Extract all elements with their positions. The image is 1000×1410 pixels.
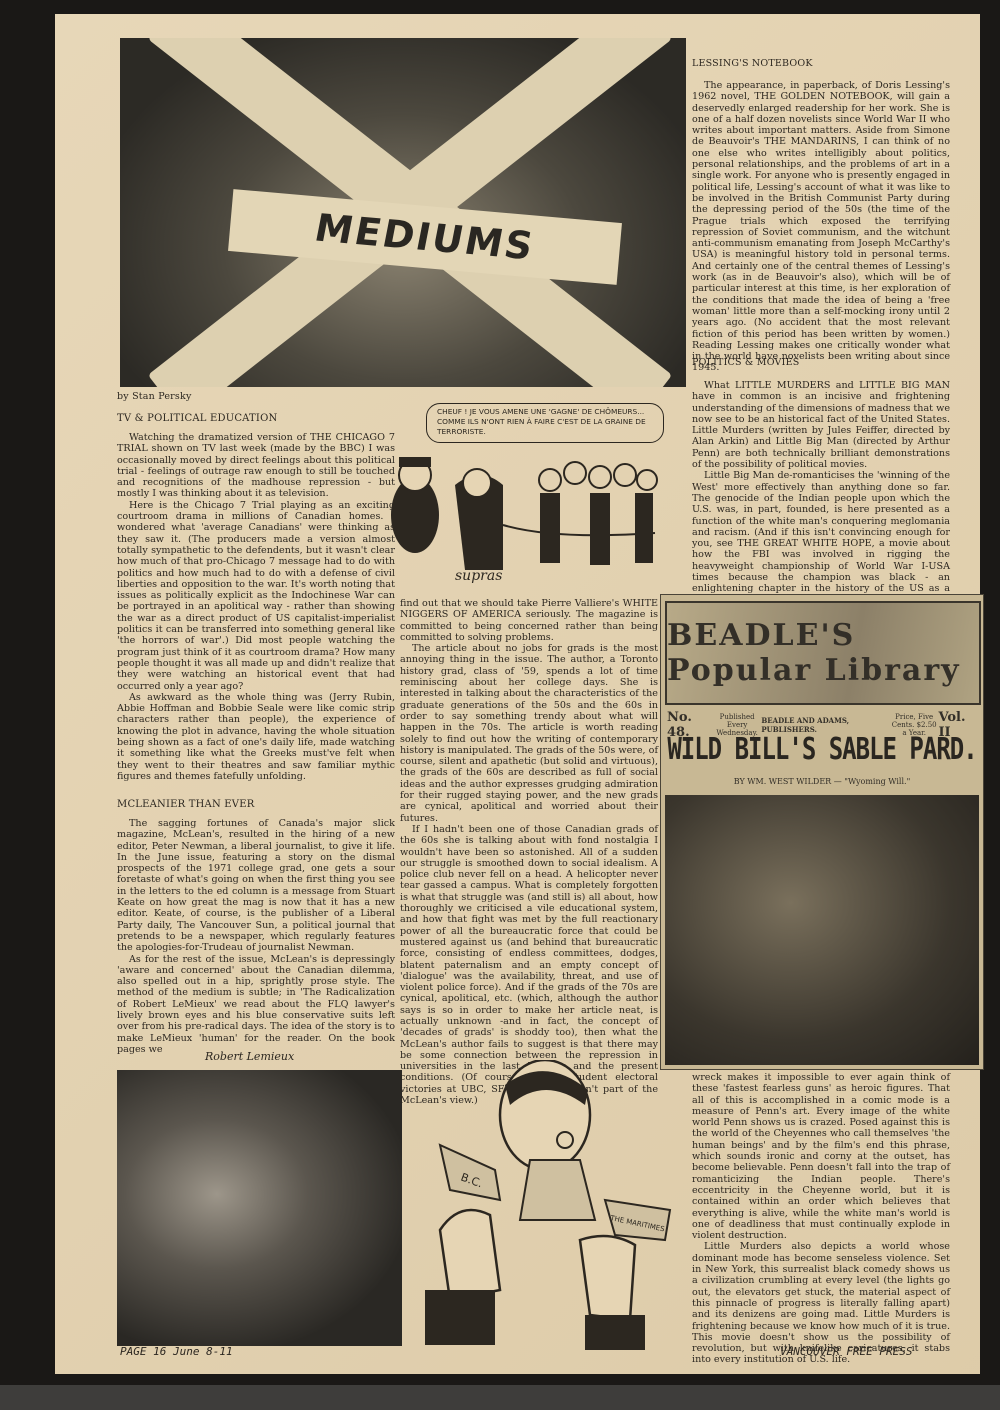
beadles-masthead: BEADLE'S Popular Library <box>665 601 981 705</box>
robert-lemieux-photo <box>117 1070 402 1346</box>
article-mcleanier-continued: find out that we should take Pierre Vall… <box>400 598 658 1106</box>
paragraph: As for the rest of the issue, McLean's i… <box>117 954 395 1056</box>
paragraph: Watching the dramatized version of THE C… <box>117 432 395 500</box>
beadles-story-title: WILD BILL'S SABLE PARD. <box>667 732 977 767</box>
page-footer-left: PAGE 16 June 8-11 <box>120 1345 233 1358</box>
paragraph: find out that we should take Pierre Vall… <box>400 598 658 643</box>
beadles-cover-illustration <box>665 795 979 1065</box>
paragraph: The appearance, in paperback, of Doris L… <box>692 80 950 374</box>
beadles-author: BY WM. WEST WILDER — "Wyoming Will." <box>667 777 977 786</box>
beadles-popular-library-cover: BEADLE'S Popular Library No. 48. Publish… <box>660 594 984 1070</box>
caricature-cartoon-illustration: B.C. THE MARITIMES <box>420 1060 682 1350</box>
paragraph: The sagging fortunes of Canada's major s… <box>117 818 395 954</box>
cartoon-speech-bubble: Cheuf ! Je vous amene une 'gagne' de chô… <box>426 403 664 443</box>
photo-caption: Robert Lemieux <box>205 1050 294 1063</box>
police-cartoon-illustration: supras <box>385 445 665 585</box>
section-title-lessing: LESSING'S NOTEBOOK <box>692 58 813 69</box>
article-politics-movies: What LITTLE MURDERS and LITTLE BIG MAN h… <box>692 380 950 617</box>
article-lessings-notebook: The appearance, in paperback, of Doris L… <box>692 80 950 374</box>
article-tv-political-education: Watching the dramatized version of THE C… <box>117 432 395 782</box>
article-mcleanier: The sagging fortunes of Canada's major s… <box>117 818 395 1055</box>
paragraph: What LITTLE MURDERS and LITTLE BIG MAN h… <box>692 380 950 470</box>
mediums-label: MEDIUMS <box>311 206 538 269</box>
paragraph: The article about no jobs for grads is t… <box>400 643 658 824</box>
article-politics-movies-continued: wreck makes it impossible to ever again … <box>692 1072 950 1366</box>
paragraph: Here is the Chicago 7 Trial playing as a… <box>117 500 395 692</box>
scan-bottom-edge <box>0 1385 1000 1410</box>
mediums-header-image: MEDIUMS <box>120 38 686 387</box>
paragraph: As awkward as the whole thing was (Jerry… <box>117 692 395 782</box>
section-title-mcleanier: MCLEANIER THAN EVER <box>117 799 254 810</box>
section-title-tv: TV & POLITICAL EDUCATION <box>117 413 277 424</box>
paragraph: wreck makes it impossible to ever again … <box>692 1072 950 1241</box>
section-title-politics-movies: POLITICS & MOVIES <box>692 357 799 368</box>
page-footer-right: VANCOUVER FREE PRESS <box>780 1345 912 1358</box>
byline: by Stan Persky <box>117 391 192 402</box>
svg-text:supras: supras <box>455 568 502 584</box>
